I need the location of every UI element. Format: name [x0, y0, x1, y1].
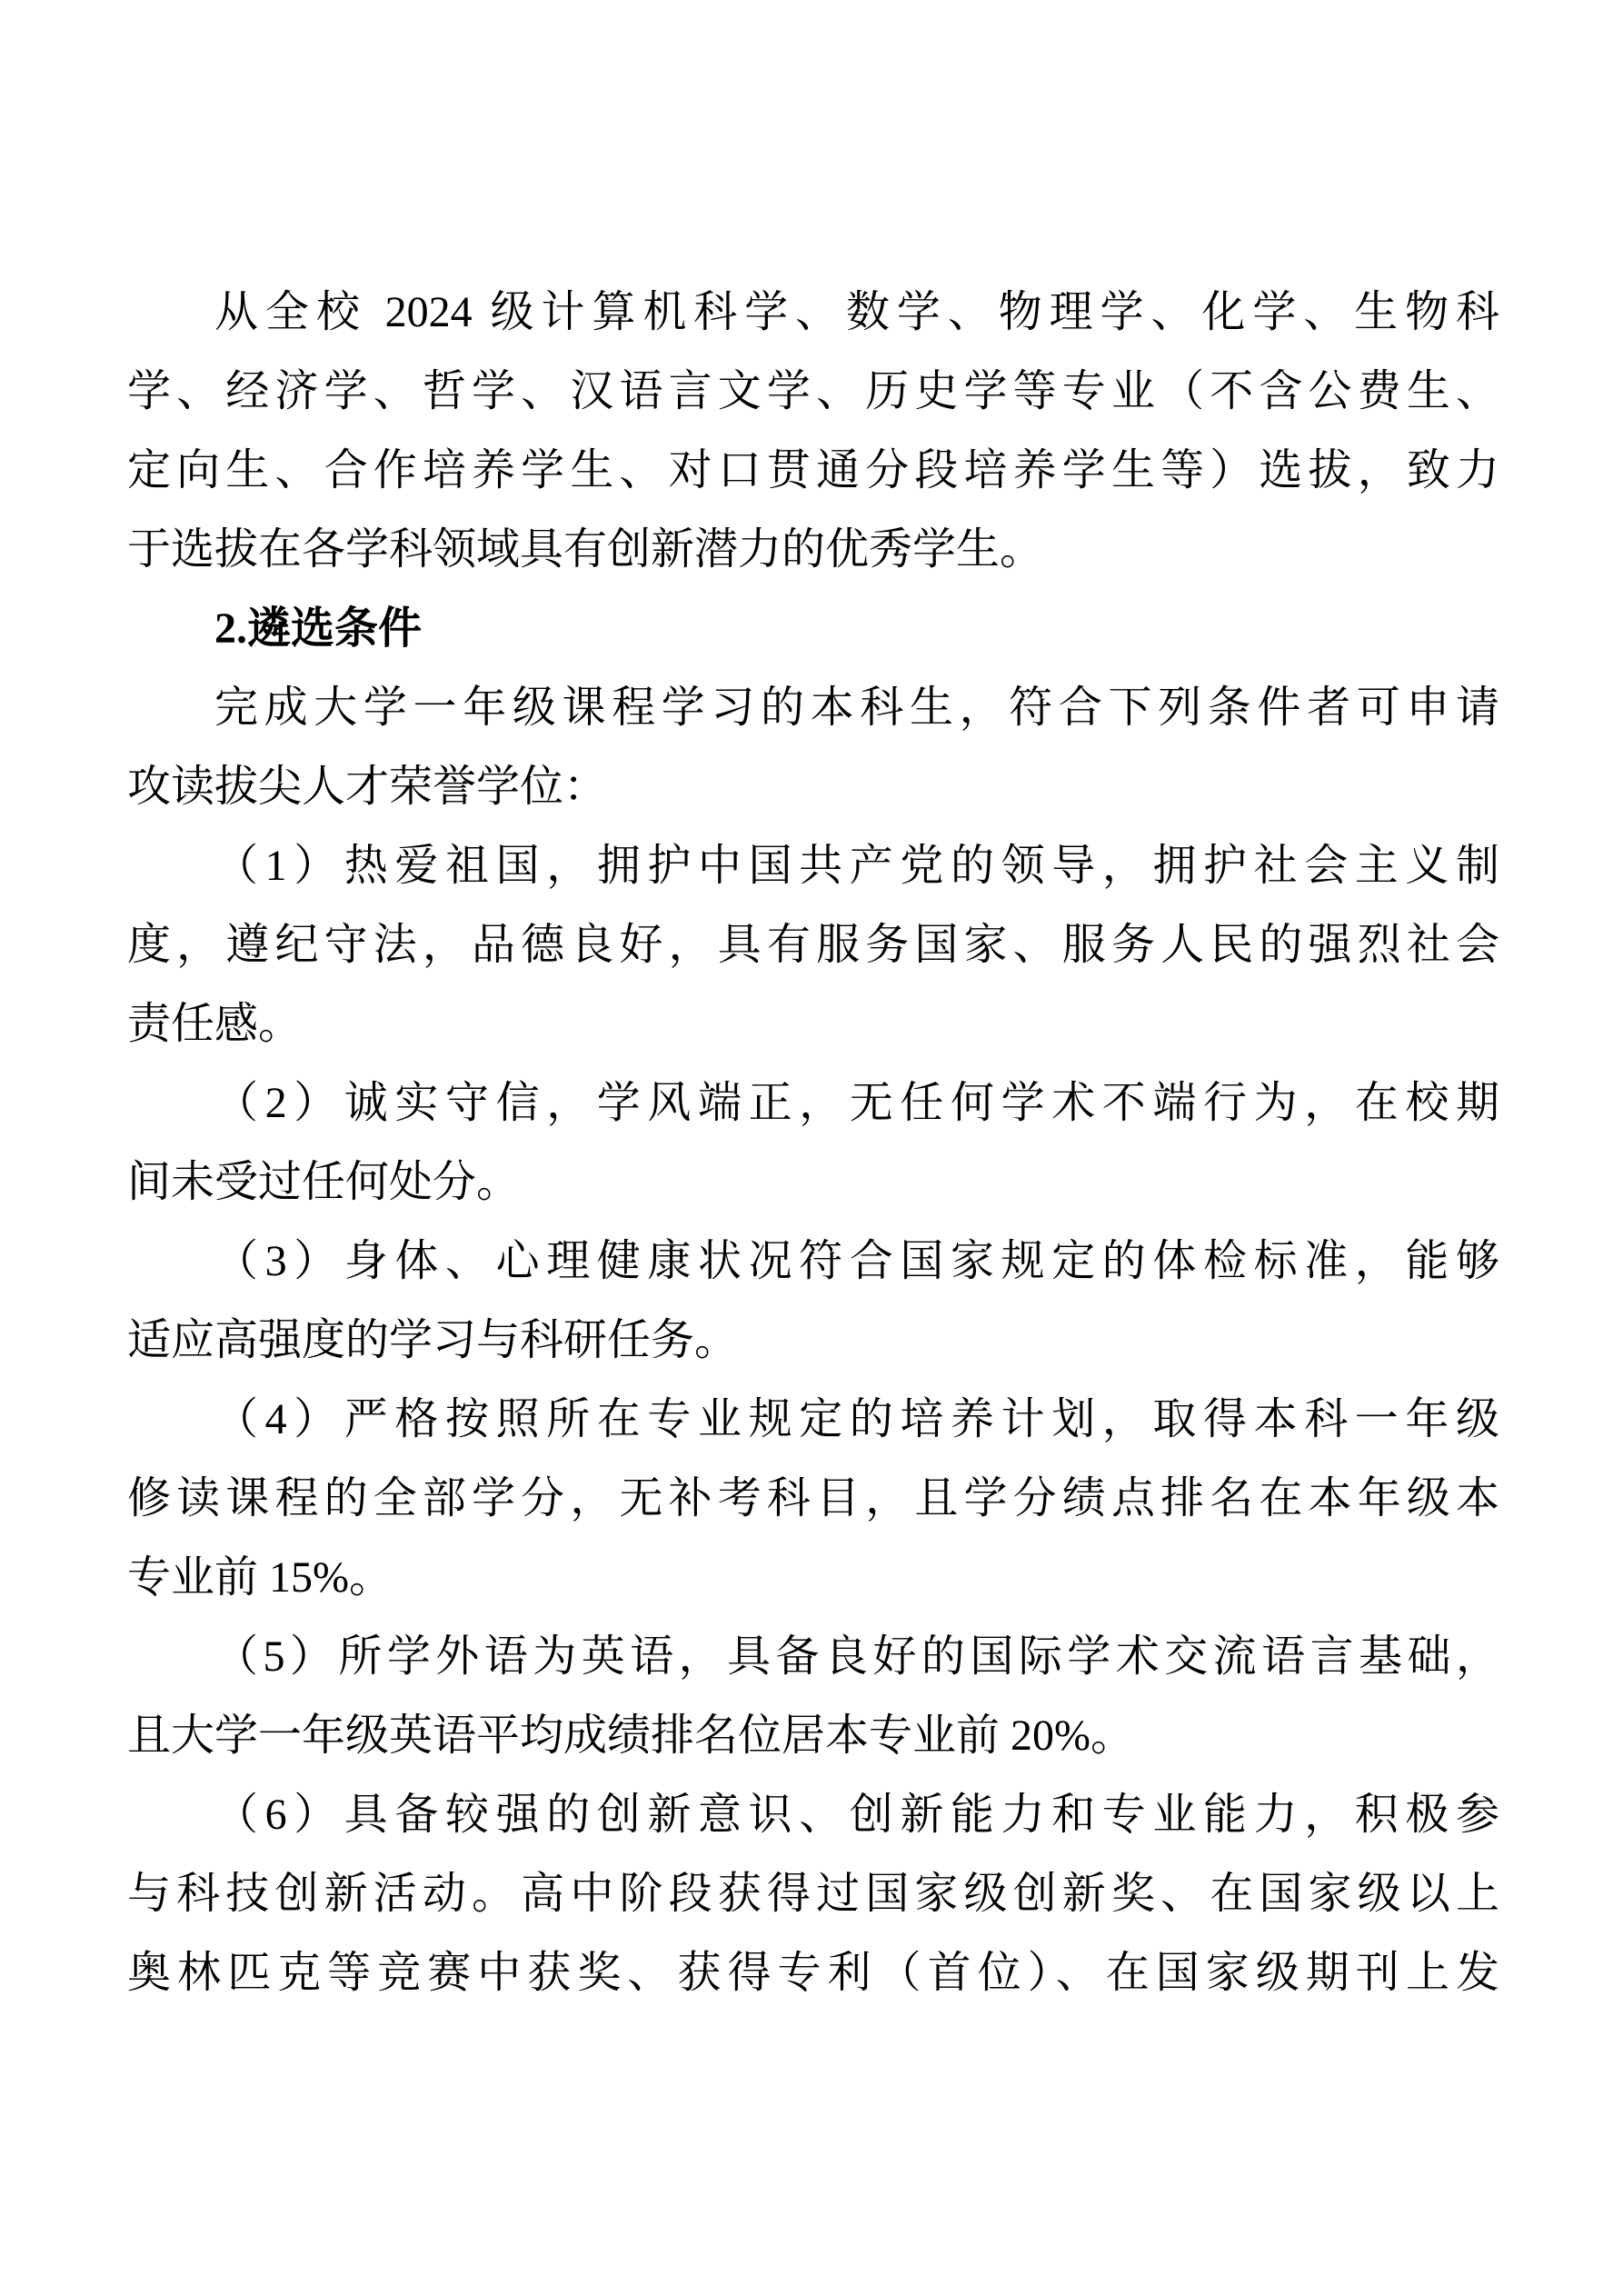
- condition-item-5-line: 且大学一年级英语平均成绩排名位居本专业前 20%。: [127, 1696, 1499, 1775]
- paragraph-line: 从全校 2024 级计算机科学、数学、物理学、化学、生物科: [127, 273, 1499, 352]
- condition-item-3-line: （3）身体、心理健康状况符合国家规定的体检标准，能够: [127, 1222, 1499, 1301]
- condition-item-1-line: 度，遵纪守法，品德良好，具有服务国家、服务人民的强烈社会: [127, 905, 1499, 984]
- paragraph-line: 定向生、合作培养学生、对口贯通分段培养学生等）选拔，致力: [127, 431, 1499, 510]
- condition-item-6-line: 与科技创新活动。高中阶段获得过国家级创新奖、在国家级以上: [127, 1854, 1499, 1933]
- document-page: 从全校 2024 级计算机科学、数学、物理学、化学、生物科 学、经济学、哲学、汉…: [0, 0, 1623, 2296]
- paragraph-line: 学、经济学、哲学、汉语言文学、历史学等专业（不含公费生、: [127, 352, 1499, 431]
- condition-item-4-line: 修读课程的全部学分，无补考科目，且学分绩点排名在本年级本: [127, 1459, 1499, 1538]
- condition-item-6-line: 奥林匹克等竞赛中获奖、获得专利（首位）、在国家级期刊上发: [127, 1933, 1499, 2012]
- condition-item-5-line: （5）所学外语为英语，具备良好的国际学术交流语言基础，: [127, 1617, 1499, 1696]
- condition-item-2-line: （2）诚实守信，学风端正，无任何学术不端行为，在校期: [127, 1063, 1499, 1143]
- condition-item-2-line: 间未受过任何处分。: [127, 1143, 1499, 1222]
- condition-item-1-line: （1）热爱祖国，拥护中国共产党的领导，拥护社会主义制: [127, 826, 1499, 905]
- paragraph-line: 攻读拔尖人才荣誉学位：: [127, 747, 1499, 826]
- condition-item-4-line: （4）严格按照所在专业规定的培养计划，取得本科一年级: [127, 1380, 1499, 1459]
- condition-item-4-line: 专业前 15%。: [127, 1538, 1499, 1617]
- condition-item-6-line: （6）具备较强的创新意识、创新能力和专业能力，积极参: [127, 1775, 1499, 1854]
- paragraph-line: 完成大学一年级课程学习的本科生，符合下列条件者可申请: [127, 668, 1499, 747]
- document-body: 从全校 2024 级计算机科学、数学、物理学、化学、生物科 学、经济学、哲学、汉…: [127, 273, 1499, 2012]
- paragraph-line: 于选拔在各学科领域具有创新潜力的优秀学生。: [127, 510, 1499, 589]
- section-heading: 2.遴选条件: [127, 589, 1499, 668]
- condition-item-3-line: 适应高强度的学习与科研任务。: [127, 1301, 1499, 1380]
- condition-item-1-line: 责任感。: [127, 984, 1499, 1063]
